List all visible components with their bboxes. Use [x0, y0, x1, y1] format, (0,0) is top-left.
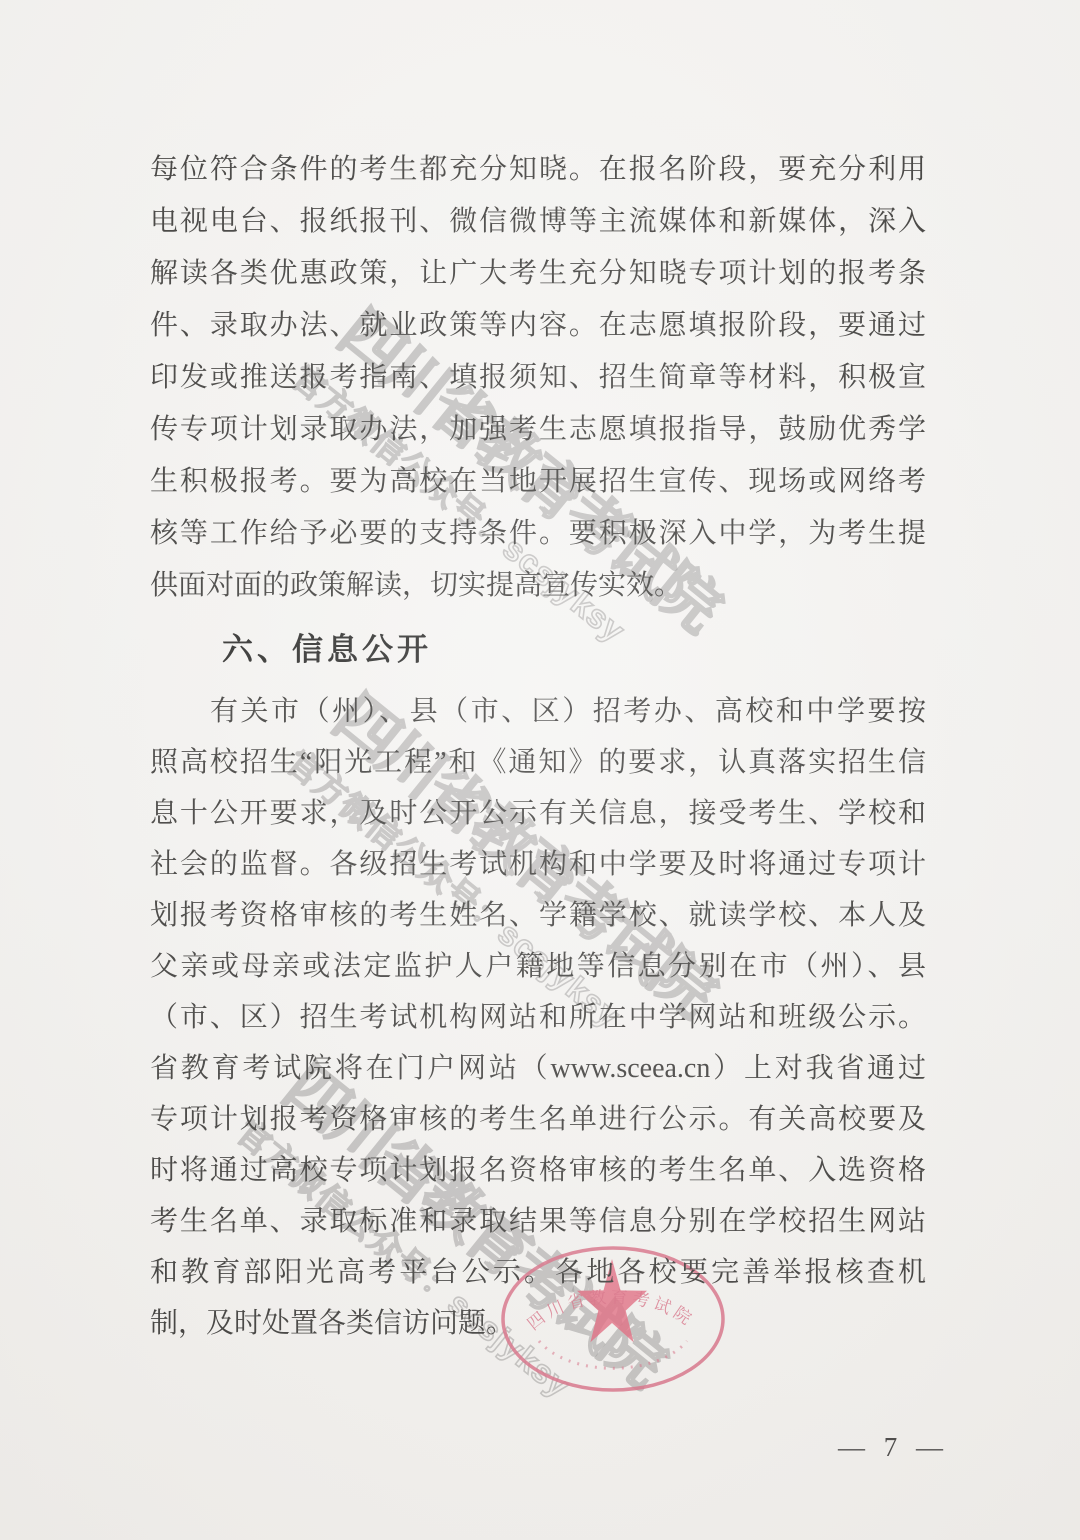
- text-line: 省教育考试院将在门户网站（www.sceea.cn）上对我省通过: [150, 1049, 926, 1089]
- text-line: 核等工作给予必要的支持条件。要积极深入中学，为考生提: [150, 514, 926, 554]
- text-line: 每位符合条件的考生都充分知晓。在报名阶段，要充分利用: [150, 150, 926, 190]
- text-line: 照高校招生“阳光工程”和《通知》的要求，认真落实招生信: [150, 743, 926, 783]
- text-line: 供面对面的政策解读，切实提高宣传实效。: [150, 566, 926, 606]
- body-text: 每位符合条件的考生都充分知晓。在报名阶段，要充分利用 电视电台、报纸报刊、微信微…: [0, 0, 1080, 1540]
- section-heading: 六、信息公开: [150, 630, 998, 670]
- text-line: 和教育部阳光高考平台公示。各地各校要完善举报核查机: [150, 1253, 926, 1293]
- text-line: 件、录取办法、就业政策等内容。在志愿填报阶段，要通过: [150, 306, 926, 346]
- text-line: 解读各类优惠政策，让广大考生充分知晓专项计划的报考条: [150, 254, 926, 294]
- text-line: 有关市（州）、县（市、区）招考办、高校和中学要按: [150, 692, 926, 732]
- text-line: 制，及时处置各类信访问题。: [150, 1304, 926, 1344]
- text-line: 父亲或母亲或法定监护人户籍地等信息分别在市（州）、县: [150, 947, 926, 987]
- text-line: 生积极报考。要为高校在当地开展招生宣传、现场或网络考: [150, 462, 926, 502]
- text-line: 专项计划报考资格审核的考生名单进行公示。有关高校要及: [150, 1100, 926, 1140]
- document-page: 四川省教育考试院 官方微信公众号：scsjyksy 四川省教育考试院 官方微信公…: [0, 0, 1080, 1540]
- text-line: 息十公开要求，及时公开公示有关信息，接受考生、学校和: [150, 794, 926, 834]
- text-line: 划报考资格审核的考生姓名、学籍学校、就读学校、本人及: [150, 896, 926, 936]
- text-line: 考生名单、录取标准和录取结果等信息分别在学校招生网站: [150, 1202, 926, 1242]
- text-line: 传专项计划录取办法，加强考生志愿填报指导，鼓励优秀学: [150, 410, 926, 450]
- text-line: 电视电台、报纸报刊、微信微博等主流媒体和新媒体，深入: [150, 202, 926, 242]
- text-line: 社会的监督。各级招生考试机构和中学要及时将通过专项计: [150, 845, 926, 885]
- page-number: — 7 —: [838, 1432, 949, 1463]
- text-line: （市、区）招生考试机构网站和所在中学网站和班级公示。: [150, 998, 926, 1038]
- text-line: 印发或推送报考指南、填报须知、招生简章等材料，积极宣: [150, 358, 926, 398]
- text-line: 时将通过高校专项计划报名资格审核的考生名单、入选资格: [150, 1151, 926, 1191]
